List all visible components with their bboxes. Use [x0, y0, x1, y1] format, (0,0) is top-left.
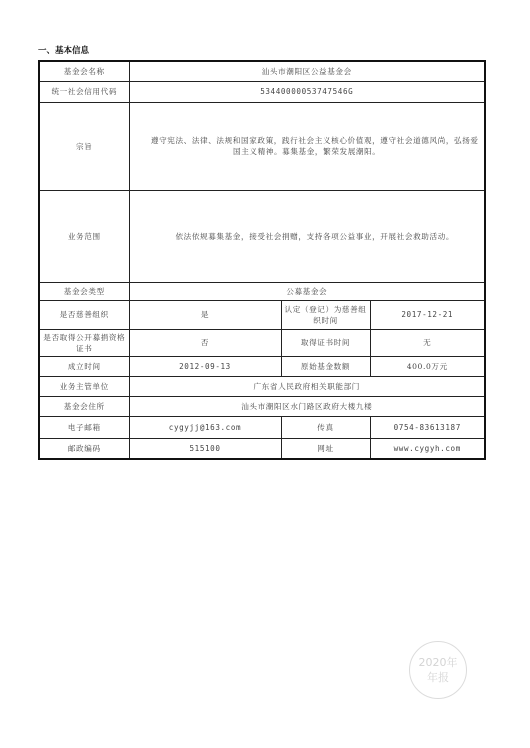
row-purpose: 宗旨 遵守宪法、法律、法规和国家政策，践行社会主义核心价值观，遵守社会道德风尚，… [39, 102, 485, 190]
row-name: 基金会名称 汕头市潮阳区公益基金会 [39, 61, 485, 81]
credit-code-label: 统一社会信用代码 [39, 81, 129, 102]
section-title: 一、基本信息 [38, 44, 89, 56]
charity-label: 是否慈善组织 [39, 300, 129, 329]
type-value: 公募基金会 [129, 282, 485, 300]
stamp-year: 2020年 [419, 655, 458, 670]
fax-label: 传真 [281, 416, 370, 438]
charity-date-value: 2017-12-21 [370, 300, 485, 329]
certificate-date-value: 无 [370, 329, 485, 356]
charity-date-label: 认定（登记）为慈善组织时间 [281, 300, 370, 329]
founded-value: 2012-09-13 [129, 356, 281, 376]
row-address: 基金会住所 汕头市潮阳区水门路区政府大楼九楼 [39, 396, 485, 416]
original-fund-value: 400.0万元 [370, 356, 485, 376]
postcode-label: 邮政编码 [39, 438, 129, 459]
charity-value: 是 [129, 300, 281, 329]
name-value: 汕头市潮阳区公益基金会 [129, 61, 485, 81]
purpose-value: 遵守宪法、法律、法规和国家政策，践行社会主义核心价值观，遵守社会道德风尚，弘扬爱… [129, 102, 485, 190]
scope-value: 依法依规募集基金，接受社会捐赠，支持各项公益事业，开展社会救助活动。 [129, 190, 485, 282]
website-label: 网址 [281, 438, 370, 459]
row-charity: 是否慈善组织 是 认定（登记）为慈善组织时间 2017-12-21 [39, 300, 485, 329]
row-supervisor: 业务主管单位 广东省人民政府相关职能部门 [39, 376, 485, 396]
address-value: 汕头市潮阳区水门路区政府大楼九楼 [129, 396, 485, 416]
row-public-fundraising: 是否取得公开募捐资格证书 否 取得证书时间 无 [39, 329, 485, 356]
website-value: www.cygyh.com [370, 438, 485, 459]
basic-info-table: 基金会名称 汕头市潮阳区公益基金会 统一社会信用代码 5344000005374… [38, 60, 486, 460]
row-scope: 业务范围 依法依规募集基金，接受社会捐赠，支持各项公益事业，开展社会救助活动。 [39, 190, 485, 282]
row-type: 基金会类型 公募基金会 [39, 282, 485, 300]
purpose-label: 宗旨 [39, 102, 129, 190]
name-label: 基金会名称 [39, 61, 129, 81]
certificate-date-label: 取得证书时间 [281, 329, 370, 356]
supervisor-value: 广东省人民政府相关职能部门 [129, 376, 485, 396]
row-postcode: 邮政编码 515100 网址 www.cygyh.com [39, 438, 485, 459]
email-label: 电子邮箱 [39, 416, 129, 438]
public-fundraising-value: 否 [129, 329, 281, 356]
original-fund-label: 原始基金数额 [281, 356, 370, 376]
row-credit-code: 统一社会信用代码 53440000053747546G [39, 81, 485, 102]
supervisor-label: 业务主管单位 [39, 376, 129, 396]
type-label: 基金会类型 [39, 282, 129, 300]
founded-label: 成立时间 [39, 356, 129, 376]
stamp-label: 年报 [427, 670, 449, 685]
row-founded: 成立时间 2012-09-13 原始基金数额 400.0万元 [39, 356, 485, 376]
address-label: 基金会住所 [39, 396, 129, 416]
email-value: cygyjj@163.com [129, 416, 281, 438]
scope-label: 业务范围 [39, 190, 129, 282]
fax-value: 0754-83613187 [370, 416, 485, 438]
credit-code-value: 53440000053747546G [129, 81, 485, 102]
row-email: 电子邮箱 cygyjj@163.com 传真 0754-83613187 [39, 416, 485, 438]
public-fundraising-label: 是否取得公开募捐资格证书 [39, 329, 129, 356]
postcode-value: 515100 [129, 438, 281, 459]
annual-report-stamp: 2020年 年报 [409, 641, 467, 699]
